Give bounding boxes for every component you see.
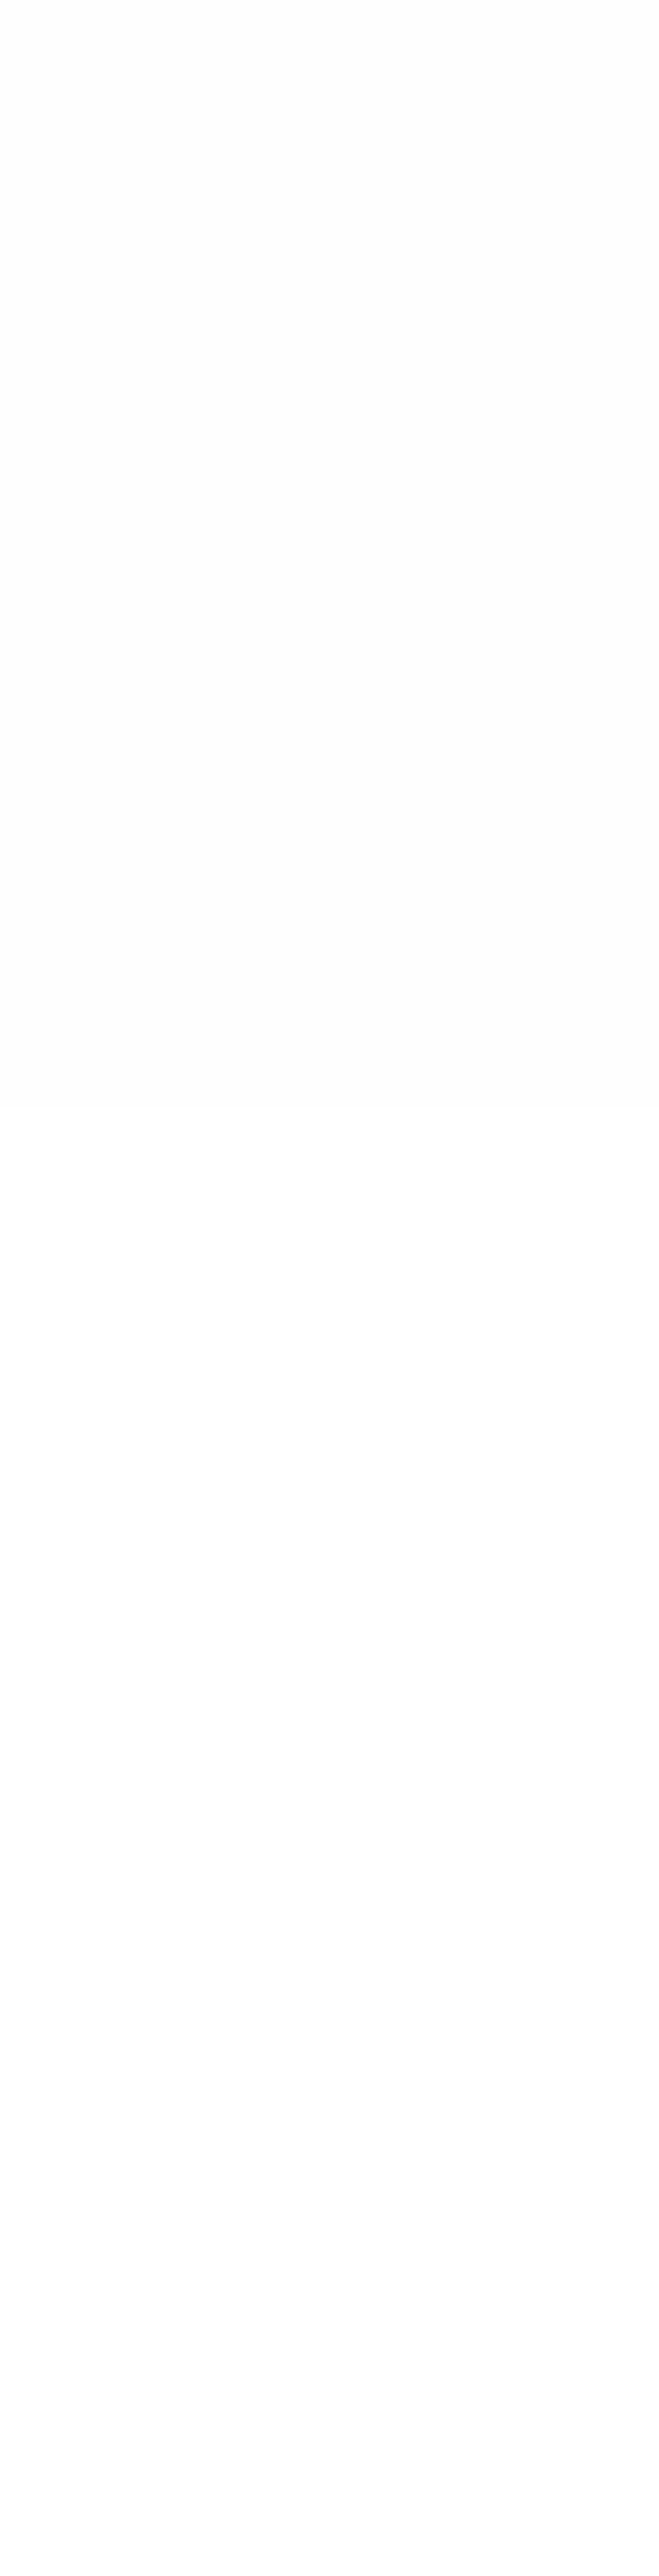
page-1: [0, 0, 659, 1107]
